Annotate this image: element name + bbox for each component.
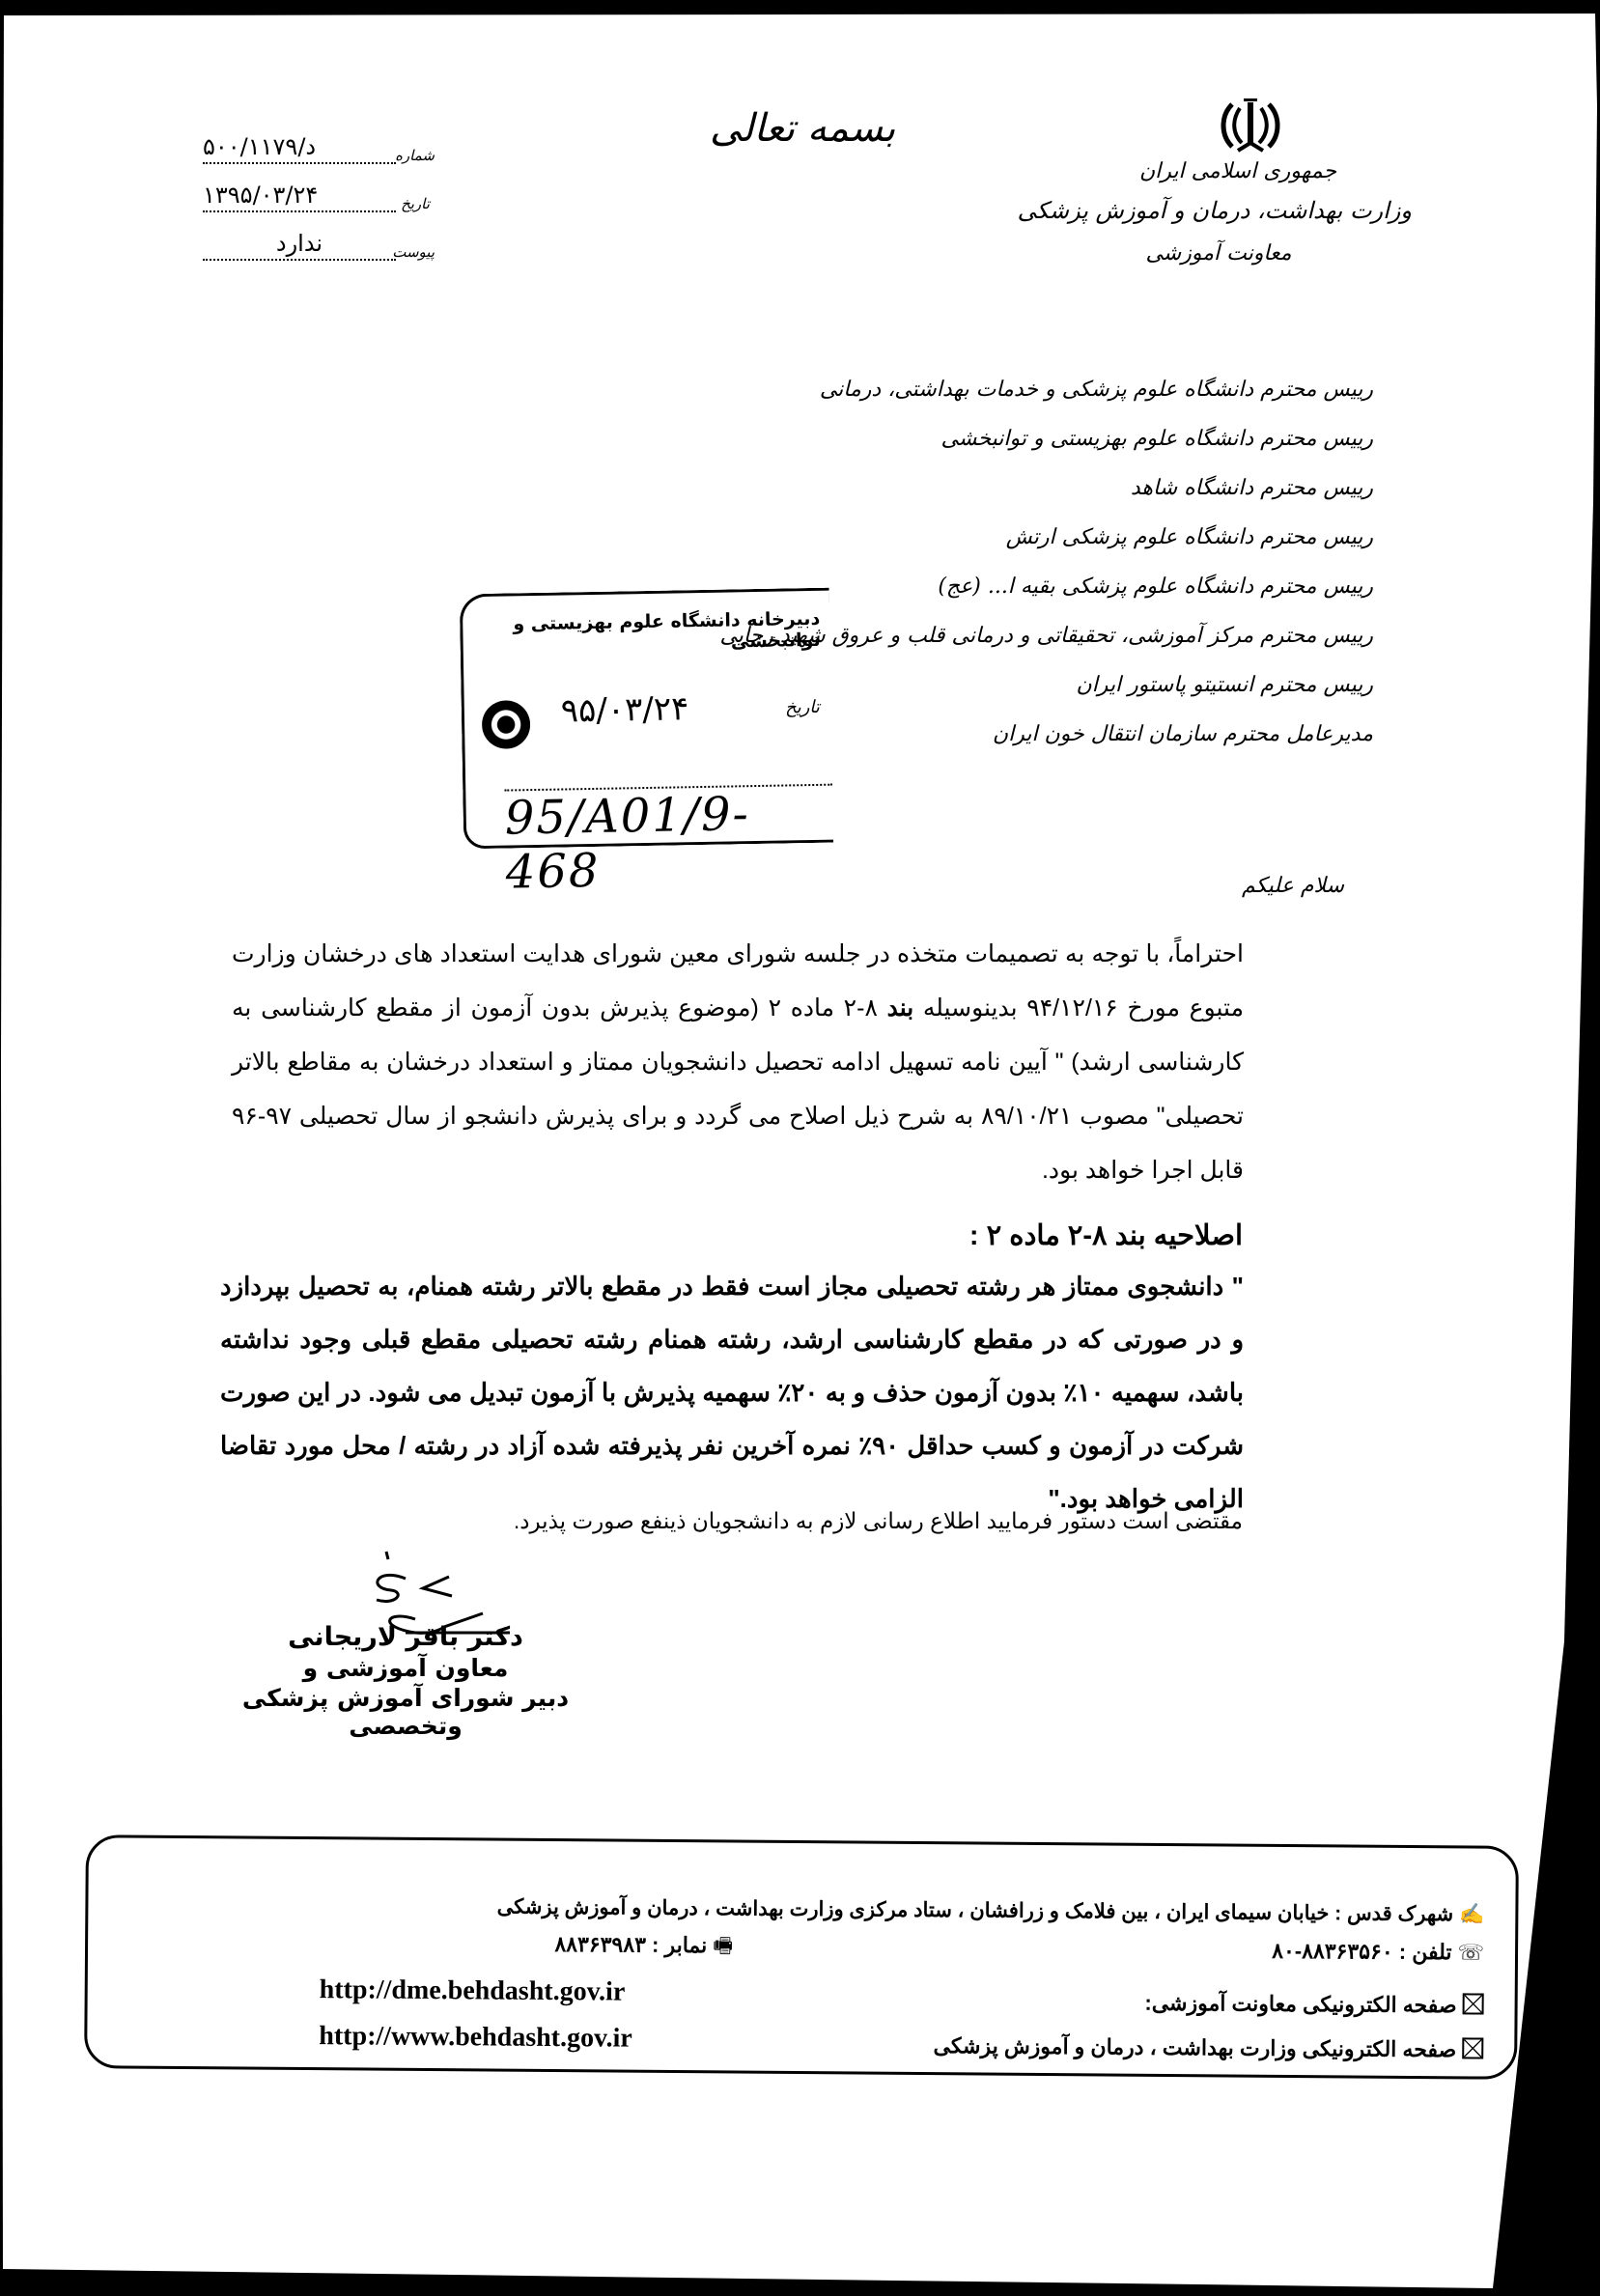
stamp-title: دبیرخانه دانشگاه علوم بهزیستی و توانبخشی xyxy=(463,608,821,657)
ministry-header: جمهوری اسلامی ایران وزارت بهداشت، درمان … xyxy=(987,159,1412,266)
stamp-date-label: تاریخ xyxy=(785,697,820,718)
signer-title: دبیر شورای آموزش پزشکی وتخصصی xyxy=(232,1684,579,1740)
letter-number-label: شماره xyxy=(396,147,435,164)
recipient-item: رییس محترم دانشگاه علوم پزشکی بقیه ا... … xyxy=(755,562,1373,611)
recipient-item: رییس محترم مرکز آموزشی، تحقیقاتی و درمان… xyxy=(755,611,1373,660)
seal-icon xyxy=(482,700,531,749)
amendment-heading: اصلاحیه بند ۸-۲ ماده ۲ : xyxy=(969,1218,1243,1252)
footer-contact-box: ✍شهرک قدس : خیابان سیمای ایران ، بین فلا… xyxy=(84,1834,1519,2080)
footer-edu-site: صفحه الکترونیکی معاونت آموزشی: xyxy=(1144,1991,1483,2019)
footer-ministry-site: صفحه الکترونیکی وزارت بهداشت ، درمان و آ… xyxy=(933,2033,1483,2062)
letter-number-row: شماره د/۵۰۰/۱۱۷۹ xyxy=(203,116,463,164)
letter-attachment-label: پیوست xyxy=(396,243,435,261)
fax-label: نمابر : xyxy=(652,1933,707,1957)
pen-icon: ✍ xyxy=(1459,1903,1484,1926)
recipient-list: رییس محترم دانشگاه علوم پزشکی و خدمات به… xyxy=(755,365,1373,759)
ministry-site-link[interactable]: http://www.behdasht.gov.ir xyxy=(319,2021,632,2055)
country-name: جمهوری اسلامی ایران xyxy=(1064,159,1412,183)
checkbox-x-icon xyxy=(1463,1993,1484,2014)
letter-date-label: تاریخ xyxy=(396,195,435,212)
footer-address: ✍شهرک قدس : خیابان سیمای ایران ، بین فلا… xyxy=(497,1895,1485,1927)
letter-attachment-row: پیوست ندارد xyxy=(203,212,463,261)
salutation: سلام علیکم xyxy=(1242,874,1344,898)
stamp-handwritten-number: 95/A01/9-468 xyxy=(504,784,834,900)
phone-label: تلفن : xyxy=(1399,1940,1452,1964)
letter-number: د/۵۰۰/۱۱۷۹ xyxy=(203,133,396,164)
telephone-icon: ☏ xyxy=(1457,1940,1484,1965)
body-text-part: ۸-۲ ماده ۲ (موضوع پذیرش بدون آزمون از مق… xyxy=(232,994,1244,1184)
recipient-item: رییس محترم انستیتو پاستور ایران xyxy=(755,660,1373,710)
footer-phone: ☏تلفن : ۸۸۳۶۳۵۶۰-۸۰ xyxy=(1272,1939,1484,1966)
recipient-item: رییس محترم دانشگاه علوم بهزیستی و توانبخ… xyxy=(755,414,1373,463)
signer-name: دکتر باقر لاریجانی xyxy=(232,1622,579,1652)
closing-sentence: مقتضی است دستور فرمایید اطلاع رسانی لازم… xyxy=(514,1508,1243,1534)
department-name: معاونت آموزشی xyxy=(1025,241,1412,266)
signer-block: دکتر باقر لاریجانی معاون آموزشی و دبیر ش… xyxy=(232,1622,579,1740)
recipient-item: مدیرعامل محترم سازمان انتقال خون ایران xyxy=(755,710,1373,759)
footer-fax: 🖷نمابر : ۸۸۳۶۳۹۸۳ xyxy=(554,1928,733,1966)
letter-date-row: تاریخ ۱۳۹۵/۰۳/۲۴ xyxy=(203,164,463,212)
letter-meta: شماره د/۵۰۰/۱۱۷۹ تاریخ ۱۳۹۵/۰۳/۲۴ پیوست … xyxy=(203,116,463,261)
checkbox-x-icon xyxy=(1462,2037,1483,2058)
body-text-bold: بند xyxy=(887,994,914,1022)
invocation: بسمه تعالی xyxy=(710,106,895,151)
recipient-item: رییس محترم دانشگاه علوم پزشکی ارتش xyxy=(755,513,1373,562)
scanned-letter-page: جمهوری اسلامی ایران وزارت بهداشت، درمان … xyxy=(0,0,1600,2296)
recipient-item: رییس محترم دانشگاه علوم پزشکی و خدمات به… xyxy=(755,365,1373,414)
receipt-stamp: دبیرخانه دانشگاه علوم بهزیستی و توانبخشی… xyxy=(460,588,834,850)
signer-title: معاون آموزشی و xyxy=(232,1654,579,1682)
letter-attachment: ندارد xyxy=(203,230,396,261)
fax-number: ۸۸۳۶۳۹۸۳ xyxy=(554,1932,646,1957)
phone-number: ۸۸۳۶۳۵۶۰-۸۰ xyxy=(1272,1939,1393,1964)
amendment-text: " دانشجوی ممتاز هر رشته تحصیلی مجاز است … xyxy=(220,1260,1244,1526)
recipient-item: رییس محترم دانشگاه شاهد xyxy=(755,463,1373,513)
iran-emblem-icon xyxy=(1219,97,1282,154)
ministry-name: وزارت بهداشت، درمان و آموزش پزشکی xyxy=(987,197,1412,224)
edu-site-link[interactable]: http://dme.behdasht.gov.ir xyxy=(320,1974,626,2007)
body-paragraph: احتراماً، با توجه به تصمیمات متخذه در جل… xyxy=(232,927,1244,1197)
fax-icon: 🖷 xyxy=(713,1929,733,1966)
stamp-date: ۹۵/۰۳/۲۴ xyxy=(561,689,689,730)
letter-date: ۱۳۹۵/۰۳/۲۴ xyxy=(203,182,396,212)
